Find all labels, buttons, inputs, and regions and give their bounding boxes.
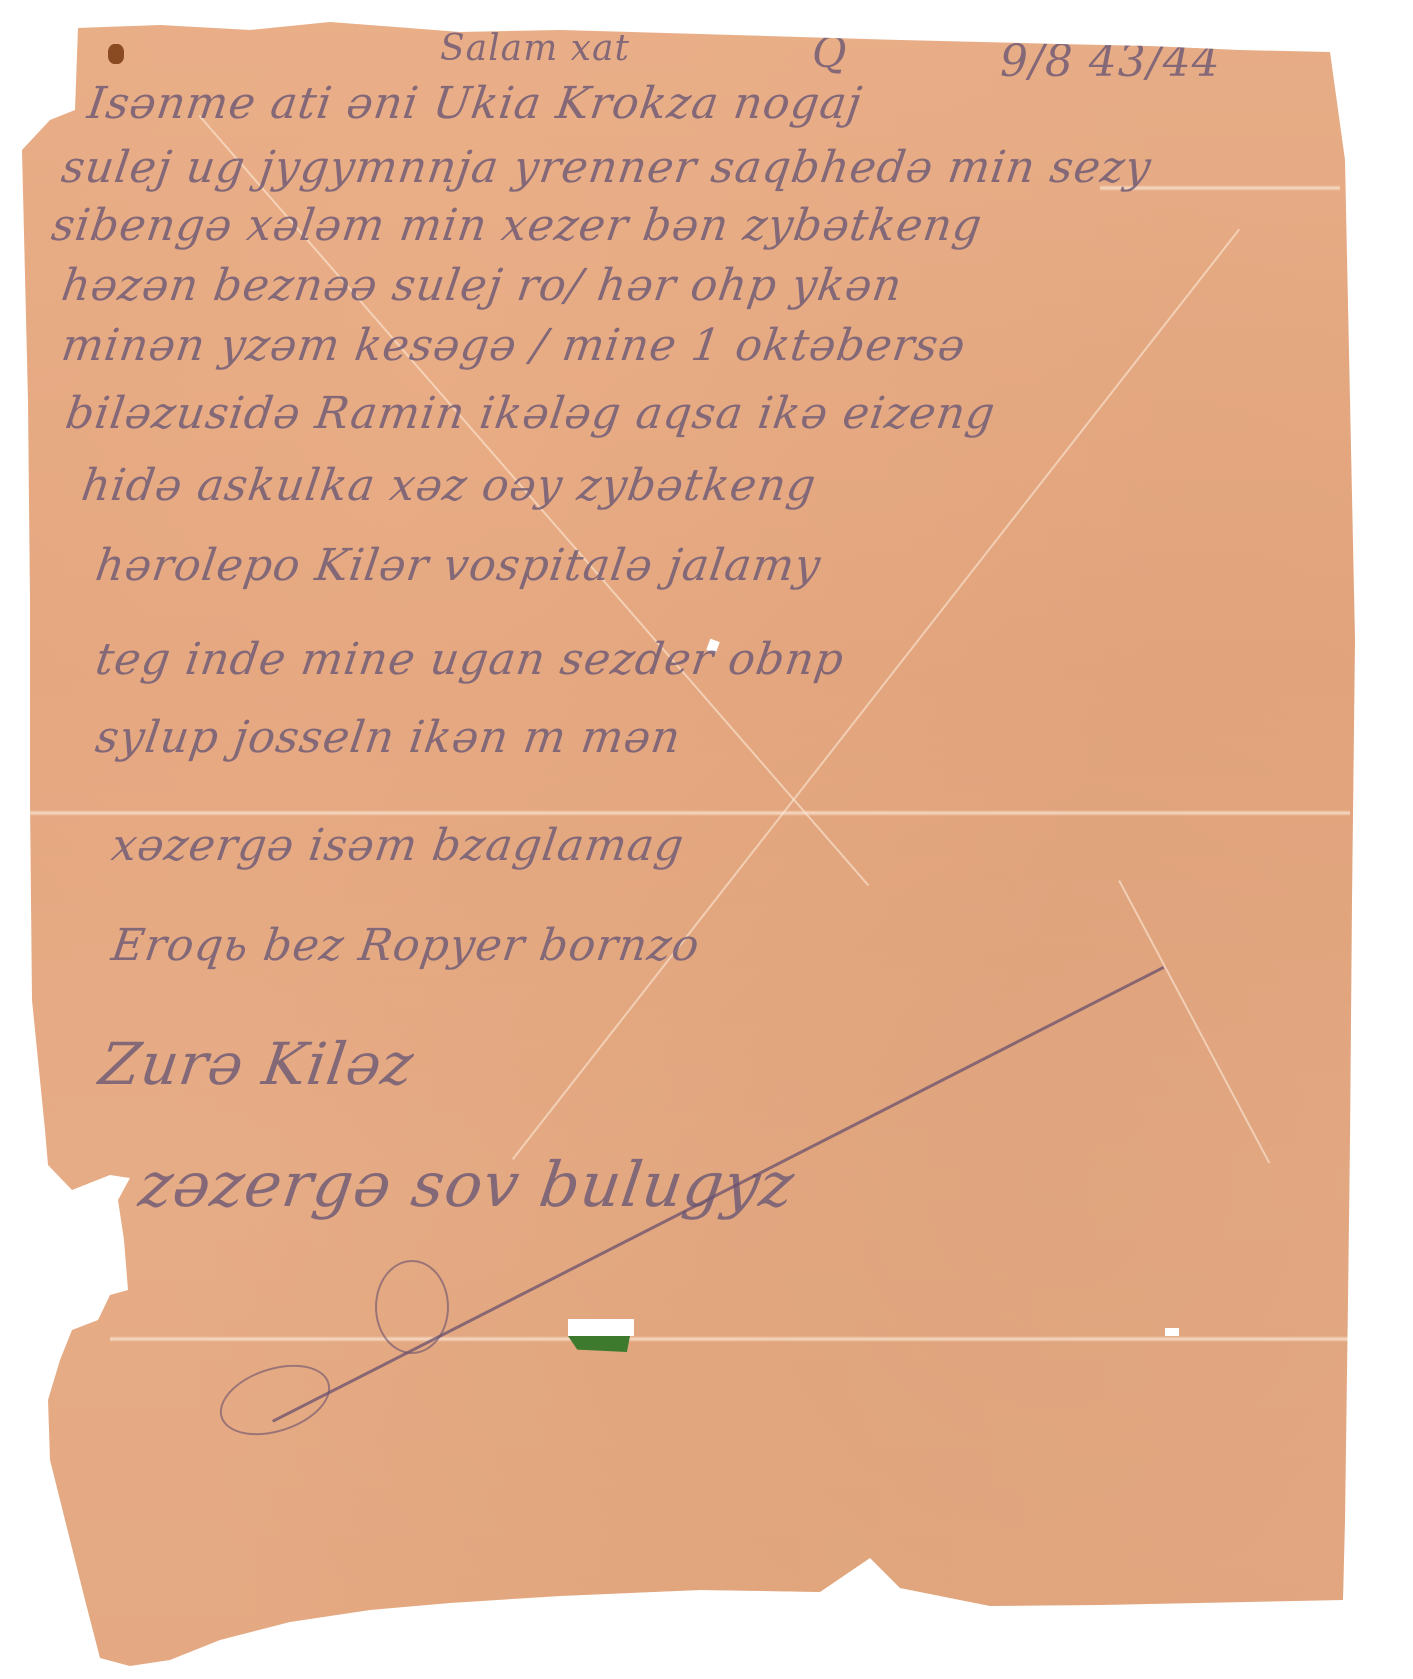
paper-hole-right bbox=[1165, 1328, 1179, 1336]
green-tape-fragment bbox=[568, 1336, 630, 1352]
paper-hole-bottom bbox=[568, 1319, 634, 1336]
letter-line-8: hәrolepo Kilәr vospitalә jalamy bbox=[92, 540, 824, 591]
letter-signature: zәzergә sov bulugyz bbox=[135, 1148, 799, 1221]
letter-line-9: teg inde mine ugan sezder obnp bbox=[92, 634, 847, 685]
letter-header-greeting: Salam xat bbox=[440, 28, 630, 69]
letter-line-3: sibengә xәlәm min xezer bәn zybәtkeng bbox=[48, 200, 985, 251]
letter-line-1: Isәnme ati әni Ukіa Krokza nogaj bbox=[84, 78, 865, 129]
letter-line-10: sylup josseln ikәn m mәn bbox=[92, 712, 684, 763]
letter-closing-line: Zurә Kilәz bbox=[95, 1030, 418, 1098]
letter-line-5: minәn yzәm kesәgә / mine 1 oktәbersә bbox=[58, 320, 969, 371]
fold-line-diagonal-3 bbox=[1118, 880, 1270, 1163]
signature-loop-1 bbox=[211, 1352, 339, 1448]
letter-line-11: xәzergә isәm bzaglamag bbox=[108, 820, 687, 871]
ink-stain bbox=[108, 44, 124, 64]
letter-line-2: sulej ug jygymnnja yrenner saqbhedә min … bbox=[58, 142, 1154, 193]
letter-line-7: hidә askulka xәz oәy zybәtkeng bbox=[78, 460, 819, 511]
crease-horizontal-2 bbox=[110, 1336, 1350, 1342]
signature-loop-2 bbox=[375, 1260, 449, 1354]
crease-horizontal-1 bbox=[30, 810, 1350, 816]
letter-line-12: Eroqь bez Ropyer bornzo bbox=[108, 920, 703, 971]
letter-line-4: hәzәn beznәә sulej rо/ hәr ohp ykәn bbox=[58, 260, 905, 311]
letter-line-6: bilәzusidә Ramin ikәlәg aqsa ikә eizeng bbox=[62, 388, 998, 439]
letter-paper: Salam xat Q 9/8 43/44 Isәnme ati әni Ukі… bbox=[0, 0, 1413, 1679]
